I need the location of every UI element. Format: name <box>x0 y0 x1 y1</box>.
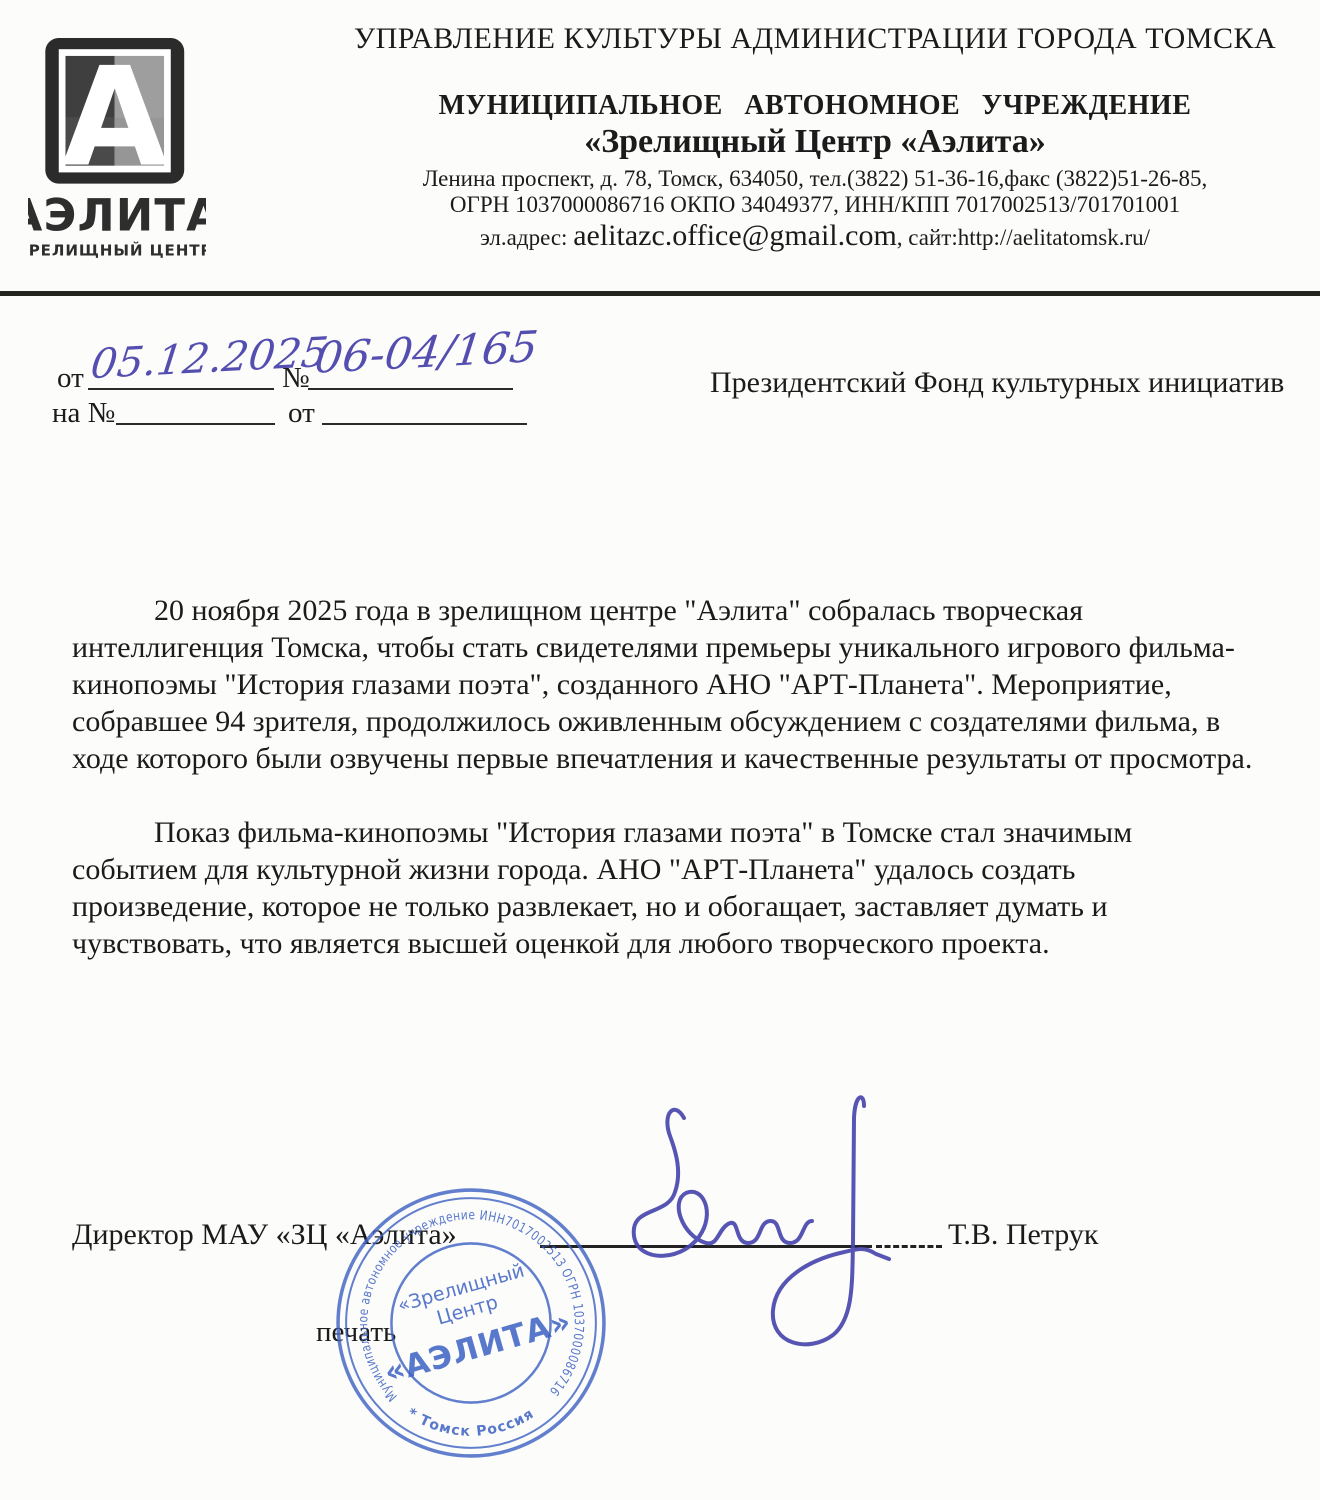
org-type-title: МУНИЦИПАЛЬНОЕ АВТОНОМНОЕ УЧРЕЖДЕНИЕ <box>340 90 1290 122</box>
logo-subtitle: ЗРЕЛИЩНЫЙ ЦЕНТР <box>28 240 206 259</box>
contact-line: эл.адрес: aelitazc.office@gmail.com, сай… <box>340 219 1290 253</box>
letterhead-divider-rule <box>0 291 1320 296</box>
address-line-1: Ленина проспект, д. 78, Томск, 634050, т… <box>340 166 1290 192</box>
logo-name: АЭЛИТА <box>28 189 206 242</box>
address-line-2: ОГРН 1037000086716 ОКПО 34049377, ИНН/КП… <box>340 192 1290 218</box>
addressee: Президентский Фонд культурных инициатив <box>710 366 1284 400</box>
scanned-letter-page: А АЭЛИТА ЗРЕЛИЩНЫЙ ЦЕНТР УПРАВЛЕНИЕ КУЛЬ… <box>0 0 1320 1500</box>
email-label: эл.адрес: <box>480 225 567 250</box>
handwritten-signature <box>612 1092 897 1364</box>
org-name-title: «Зрелищный Центр «Аэлита» <box>340 123 1290 161</box>
reply-number-label: на № <box>52 397 115 430</box>
from-label: от <box>57 362 84 395</box>
signature-stroke <box>634 1097 889 1344</box>
email-address: aelitazc.office@gmail.com <box>573 219 897 252</box>
letter-body: 20 ноября 2025 года в зрелищном центре "… <box>72 592 1284 999</box>
body-paragraph-1: 20 ноября 2025 года в зрелищном центре "… <box>72 592 1284 777</box>
reply-from-label: от <box>288 397 315 430</box>
stamp-center-text: «Зрелищный Центр «АЭЛИТА» <box>365 1250 576 1391</box>
official-stamp: Муниципальное автономное учреждение ИНН7… <box>330 1182 612 1464</box>
aelita-logo: А АЭЛИТА ЗРЕЛИЩНЫЙ ЦЕНТР <box>28 38 206 262</box>
logo-letter-a: А <box>62 39 168 198</box>
body-paragraph-2: Показ фильма-кинопоэмы "История глазами … <box>72 814 1284 962</box>
reply-number-blank-line <box>116 403 275 425</box>
department-title: УПРАВЛЕНИЕ КУЛЬТУРЫ АДМИНИСТРАЦИИ ГОРОДА… <box>340 22 1290 56</box>
letterhead: УПРАВЛЕНИЕ КУЛЬТУРЫ АДМИНИСТРАЦИИ ГОРОДА… <box>340 22 1290 253</box>
signer-name: Т.В. Петрук <box>948 1218 1098 1252</box>
site-url: , сайт:http://aelitatomsk.ru/ <box>897 225 1150 250</box>
reply-date-blank-line <box>322 403 527 425</box>
